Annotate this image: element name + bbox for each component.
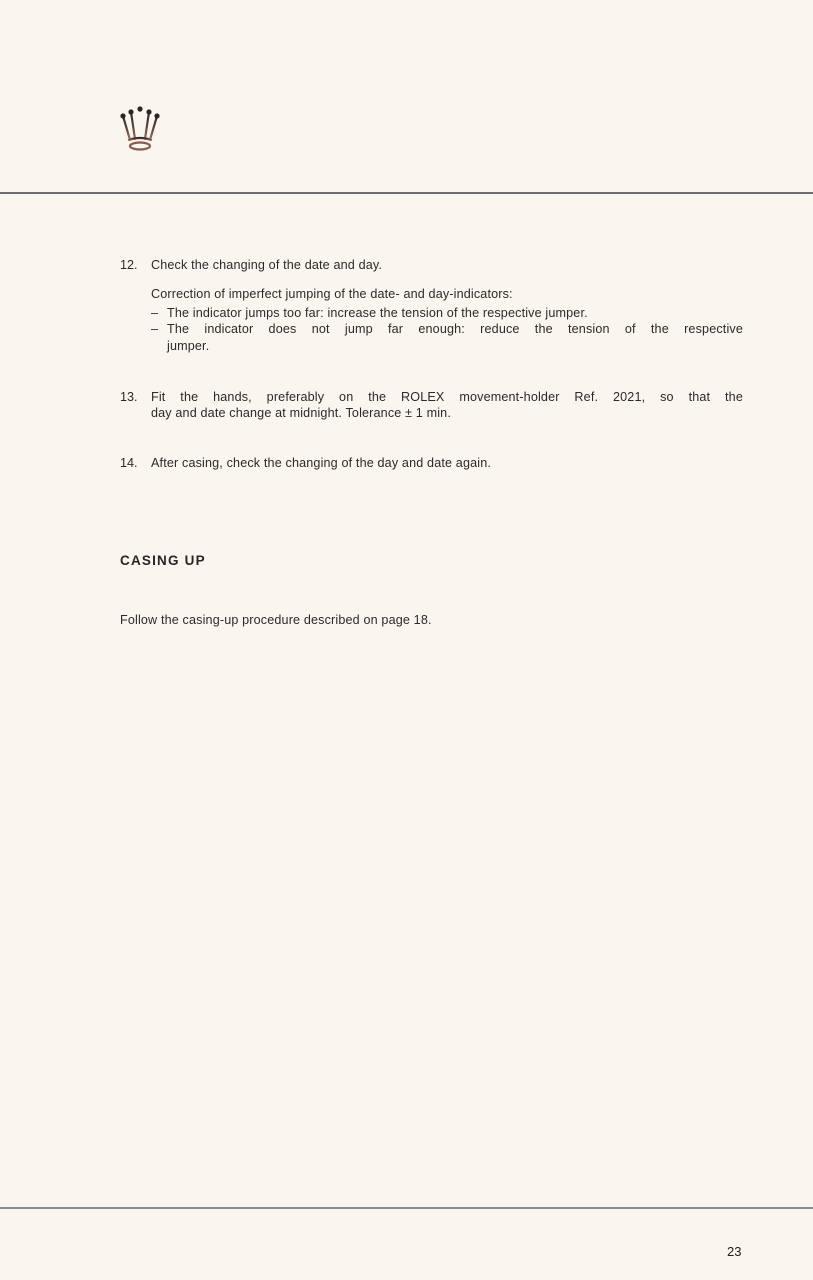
bullet-text: The indicator does not jump far enough: … [167,322,743,337]
page-number: 23 [727,1244,741,1259]
bullet-text-continued: jumper. [167,339,209,354]
bullet-text: The indicator jumps too far: increase th… [167,306,588,321]
footer-divider [0,1207,813,1209]
item-title: Check the changing of the date and day. [151,258,382,273]
item-subheading: Correction of imperfect jumping of the d… [151,287,513,302]
item-text-continued: day and date change at midnight. Toleran… [151,406,451,421]
item-number: 12. [120,258,138,273]
section-heading: CASING UP [120,553,206,568]
rolex-crown-icon [118,106,162,154]
item-text: Fit the hands, preferably on the ROLEX m… [151,390,743,405]
item-text: After casing, check the changing of the … [151,456,491,471]
section-body: Follow the casing-up procedure described… [120,613,432,628]
bullet-dash: – [151,306,158,321]
header-divider [0,192,813,194]
bullet-dash: – [151,322,158,337]
item-number: 13. [120,390,138,405]
item-number: 14. [120,456,138,471]
